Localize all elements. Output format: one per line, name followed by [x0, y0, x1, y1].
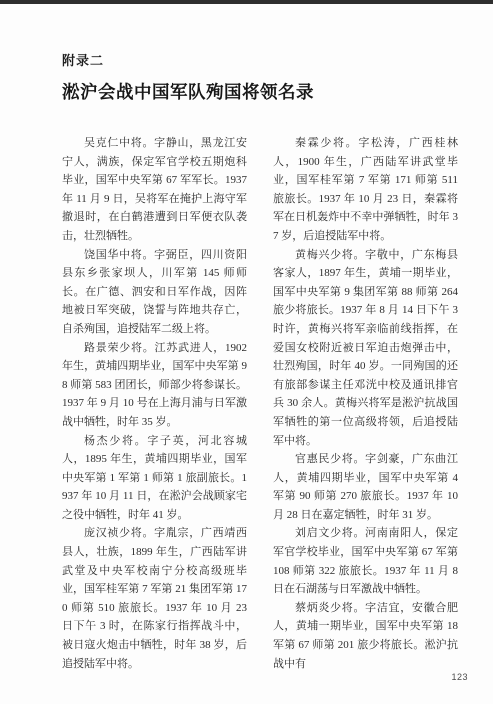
biography-paragraph: 杨杰少将。字子英，河北容城人，1895 年生，黄埔四期毕业，国军中央军第 1 军…	[62, 432, 247, 525]
biography-paragraph: 路景荣少将。江苏武进人，1902 年生，黄埔四期毕业，国军中央军第 98 师第 …	[62, 339, 247, 432]
scan-edge-bar	[0, 0, 493, 4]
biography-paragraph: 官惠民少将。字剑豪，广东曲江人，黄埔四期毕业，国军中央军第 4 军第 90 师第…	[273, 450, 458, 524]
biography-paragraph: 庞汉祯少将。字胤宗，广西靖西县人，壮族，1899 年生，广西陆军讲武堂及中央军校…	[62, 524, 247, 673]
right-column: 秦霖少将。字松涛，广西桂林人，1900 年生，广西陆军讲武堂毕业，国军桂军第 7…	[273, 134, 458, 673]
biography-paragraph: 黄梅兴少将。字敬中，广东梅县客家人，1897 年生，黄埔一期毕业，国军中央军第 …	[273, 246, 458, 451]
book-page: 附录二 淞沪会战中国军队殉国将领名录 吴克仁中将。字静山，黑龙江安宁人，满族，保…	[0, 0, 493, 704]
biography-paragraph: 蔡炳炎少将。字洁宜，安徽合肥人，黄埔一期毕业，国军中央军第 18 军第 67 师…	[273, 599, 458, 673]
biography-paragraph: 秦霖少将。字松涛，广西桂林人，1900 年生，广西陆军讲武堂毕业，国军桂军第 7…	[273, 134, 458, 246]
two-column-text: 吴克仁中将。字静山，黑龙江安宁人，满族，保定军官学校五期炮科毕业，国军中央军第 …	[62, 134, 459, 673]
page-content: 附录二 淞沪会战中国军队殉国将领名录 吴克仁中将。字静山，黑龙江安宁人，满族，保…	[62, 50, 459, 673]
biography-paragraph: 吴克仁中将。字静山，黑龙江安宁人，满族，保定军官学校五期炮科毕业，国军中央军第 …	[62, 134, 247, 246]
biography-paragraph: 刘启文少将。河南南阳人，保定军官学校毕业，国军中央军第 67 军第 108 师第…	[273, 524, 458, 598]
page-number: 123	[451, 672, 468, 682]
appendix-label: 附录二	[62, 50, 459, 69]
biography-paragraph: 饶国华中将。字弼臣，四川资阳县东乡张家坝人，川军第 145 师师长。在广德、泗安…	[62, 246, 247, 339]
left-column: 吴克仁中将。字静山，黑龙江安宁人，满族，保定军官学校五期炮科毕业，国军中央军第 …	[62, 134, 247, 673]
page-title: 淞沪会战中国军队殉国将领名录	[62, 79, 459, 104]
